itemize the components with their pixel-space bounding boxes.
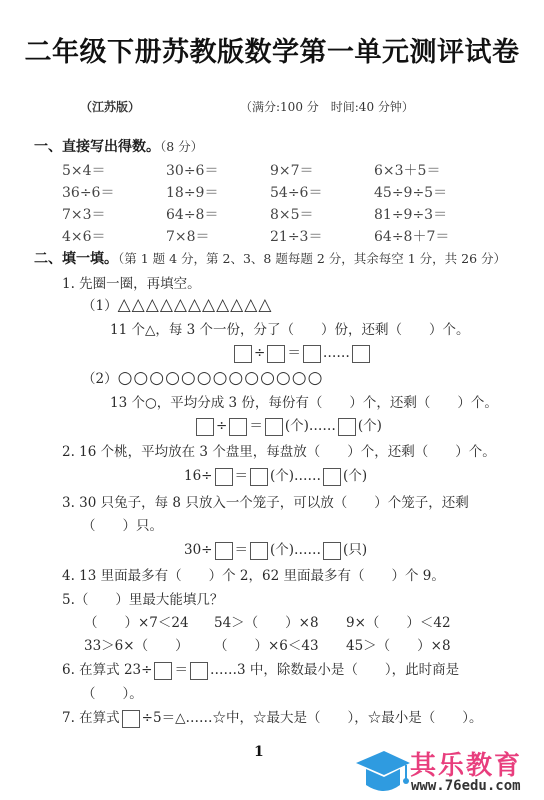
question-6-text-cont: （ ）。 bbox=[82, 682, 143, 702]
calc-item: 8×5＝ bbox=[270, 204, 314, 224]
answer-box[interactable] bbox=[265, 418, 283, 436]
part-label: （2） bbox=[82, 371, 118, 387]
question-2-text: 2. 16 个桃，平均放在 3 个盘里，每盘放（ ）个，还剩（ ）个。 bbox=[62, 440, 496, 460]
question-1-part-1: （1）△△△△△△△△△△△ bbox=[82, 294, 272, 315]
equation-lead: 6. 在算式 23÷ bbox=[62, 662, 152, 678]
inequality-item: 9×（ ）＜42 bbox=[346, 611, 451, 631]
answer-box[interactable] bbox=[229, 418, 247, 436]
calc-item: 64÷8＋7＝ bbox=[374, 226, 449, 246]
answer-box[interactable] bbox=[267, 345, 285, 363]
question-1-stem: 1. 先圈一圈，再填空。 bbox=[62, 272, 201, 292]
unit-label: (个) bbox=[358, 418, 382, 434]
question-3-text: 3. 30 只兔子，每 8 只放入一个笼子，可以放（ ）个笼子，还剩 bbox=[62, 491, 469, 511]
answer-box[interactable] bbox=[323, 468, 341, 486]
question-6-tail: ……3 中，除数最小是（ ），此时商是 bbox=[210, 662, 459, 678]
inequality-item: （ ）×6＜43 bbox=[214, 634, 319, 654]
brand-url[interactable]: www.76edu.com bbox=[411, 778, 521, 794]
inequality-item: 54＞（ ）×8 bbox=[214, 611, 319, 631]
answer-box[interactable] bbox=[338, 418, 356, 436]
calc-item: 18÷9＝ bbox=[166, 182, 218, 202]
calc-item: 54÷6＝ bbox=[270, 182, 322, 202]
answer-box[interactable] bbox=[303, 345, 321, 363]
inequality-item: （ ）×7＜24 bbox=[84, 611, 189, 631]
question-1-part-1-equation: ÷＝…… bbox=[232, 341, 372, 363]
divide-sign: ÷ bbox=[254, 345, 265, 361]
answer-box[interactable] bbox=[234, 345, 252, 363]
calc-item: 9×7＝ bbox=[270, 160, 314, 180]
equals-sign: ＝ bbox=[174, 662, 188, 678]
question-3-text-cont: （ ）只。 bbox=[82, 514, 163, 534]
calc-item: 64÷8＝ bbox=[166, 204, 218, 224]
brand-logo[interactable]: 其乐教育 www.76edu.com bbox=[354, 745, 544, 800]
question-1-part-2-equation: ÷＝(个)……(个) bbox=[194, 414, 382, 436]
edition-label: （江苏版） bbox=[80, 98, 140, 115]
question-7-tail: ÷5＝△……☆中，☆最大是（ ），☆最小是（ ）。 bbox=[142, 710, 483, 726]
remainder-dots: …… bbox=[309, 418, 336, 434]
question-3-equation: 30÷＝(个)……(只) bbox=[184, 538, 367, 560]
calc-item: 7×8＝ bbox=[166, 226, 210, 246]
question-1-part-2: （2）○○○○○○○○○○○○○ bbox=[82, 367, 323, 388]
equals-sign: ＝ bbox=[235, 542, 249, 558]
calc-item: 45÷9÷5＝ bbox=[374, 182, 447, 202]
calc-item: 6×3＋5＝ bbox=[374, 160, 440, 180]
calc-item: 36÷6＝ bbox=[62, 182, 114, 202]
section-1-points: （8 分） bbox=[160, 139, 203, 154]
exam-meta: （满分:100 分 时间:40 分钟） bbox=[240, 98, 414, 115]
unit-label: (个) bbox=[270, 468, 294, 484]
answer-box[interactable] bbox=[250, 542, 268, 560]
equation-lead: 30÷ bbox=[184, 542, 213, 558]
remainder-dots: …… bbox=[294, 542, 321, 558]
answer-box[interactable] bbox=[352, 345, 370, 363]
calc-item: 30÷6＝ bbox=[166, 160, 218, 180]
section-2-title: 二、填一填。 bbox=[34, 251, 118, 267]
page-title: 二年级下册苏教版数学第一单元测评试卷 bbox=[0, 30, 544, 69]
section-2-heading: 二、填一填。（第 1 题 4 分，第 2、3、8 题每题 2 分，其余每空 1 … bbox=[34, 248, 506, 268]
calc-item: 4×6＝ bbox=[62, 226, 106, 246]
calc-item: 7×3＝ bbox=[62, 204, 106, 224]
unit-label: (只) bbox=[343, 542, 367, 558]
equation-lead: 16÷ bbox=[184, 468, 213, 484]
equation-lead: 7. 在算式 bbox=[62, 710, 120, 726]
question-1-part-2-text: 13 个○，平均分成 3 份，每份有（ ）个，还剩（ ）个。 bbox=[110, 391, 498, 411]
question-1-part-1-text: 11 个△，每 3 个一份，分了（ ）份，还剩（ ）个。 bbox=[110, 318, 470, 338]
equals-sign: ＝ bbox=[287, 345, 301, 361]
equals-sign: ＝ bbox=[235, 468, 249, 484]
answer-box[interactable] bbox=[215, 542, 233, 560]
answer-box[interactable] bbox=[154, 662, 172, 680]
answer-box[interactable] bbox=[122, 710, 140, 728]
answer-box[interactable] bbox=[323, 542, 341, 560]
unit-label: (个) bbox=[343, 468, 367, 484]
part-label: （1） bbox=[82, 298, 118, 314]
circle-shapes: ○○○○○○○○○○○○○ bbox=[118, 368, 324, 388]
remainder-dots: …… bbox=[323, 345, 350, 361]
calc-item: 21÷3＝ bbox=[270, 226, 322, 246]
answer-box[interactable] bbox=[196, 418, 214, 436]
unit-label: (个) bbox=[285, 418, 309, 434]
question-7-text: 7. 在算式÷5＝△……☆中，☆最大是（ ），☆最小是（ ）。 bbox=[62, 706, 482, 728]
page-number: 1 bbox=[254, 744, 264, 760]
inequality-item: 33＞6×（ ） bbox=[84, 634, 189, 654]
question-6-text: 6. 在算式 23÷＝……3 中，除数最小是（ ），此时商是 bbox=[62, 658, 459, 680]
question-5-text: 5.（ ）里最大能填几？ bbox=[62, 588, 223, 608]
question-4-text: 4. 13 里面最多有（ ）个 2，62 里面最多有（ ）个 9。 bbox=[62, 564, 445, 584]
remainder-dots: …… bbox=[294, 468, 321, 484]
answer-box[interactable] bbox=[190, 662, 208, 680]
triangle-shapes: △△△△△△△△△△△ bbox=[118, 295, 273, 315]
calc-item: 5×4＝ bbox=[62, 160, 106, 180]
equals-sign: ＝ bbox=[249, 418, 263, 434]
unit-label: (个) bbox=[270, 542, 294, 558]
section-1-heading: 一、直接写出得数。（8 分） bbox=[34, 136, 203, 156]
divide-sign: ÷ bbox=[216, 418, 227, 434]
section-1-title: 一、直接写出得数。 bbox=[34, 139, 160, 155]
brand-name: 其乐教育 bbox=[410, 745, 522, 782]
calc-item: 81÷9÷3＝ bbox=[374, 204, 447, 224]
section-2-points: （第 1 题 4 分，第 2、3、8 题每题 2 分，其余每空 1 分，共 26… bbox=[118, 251, 506, 266]
inequality-item: 45＞（ ）×8 bbox=[346, 634, 451, 654]
graduation-cap-icon bbox=[354, 747, 412, 797]
question-2-equation: 16÷＝(个)……(个) bbox=[184, 464, 367, 486]
answer-box[interactable] bbox=[215, 468, 233, 486]
answer-box[interactable] bbox=[250, 468, 268, 486]
